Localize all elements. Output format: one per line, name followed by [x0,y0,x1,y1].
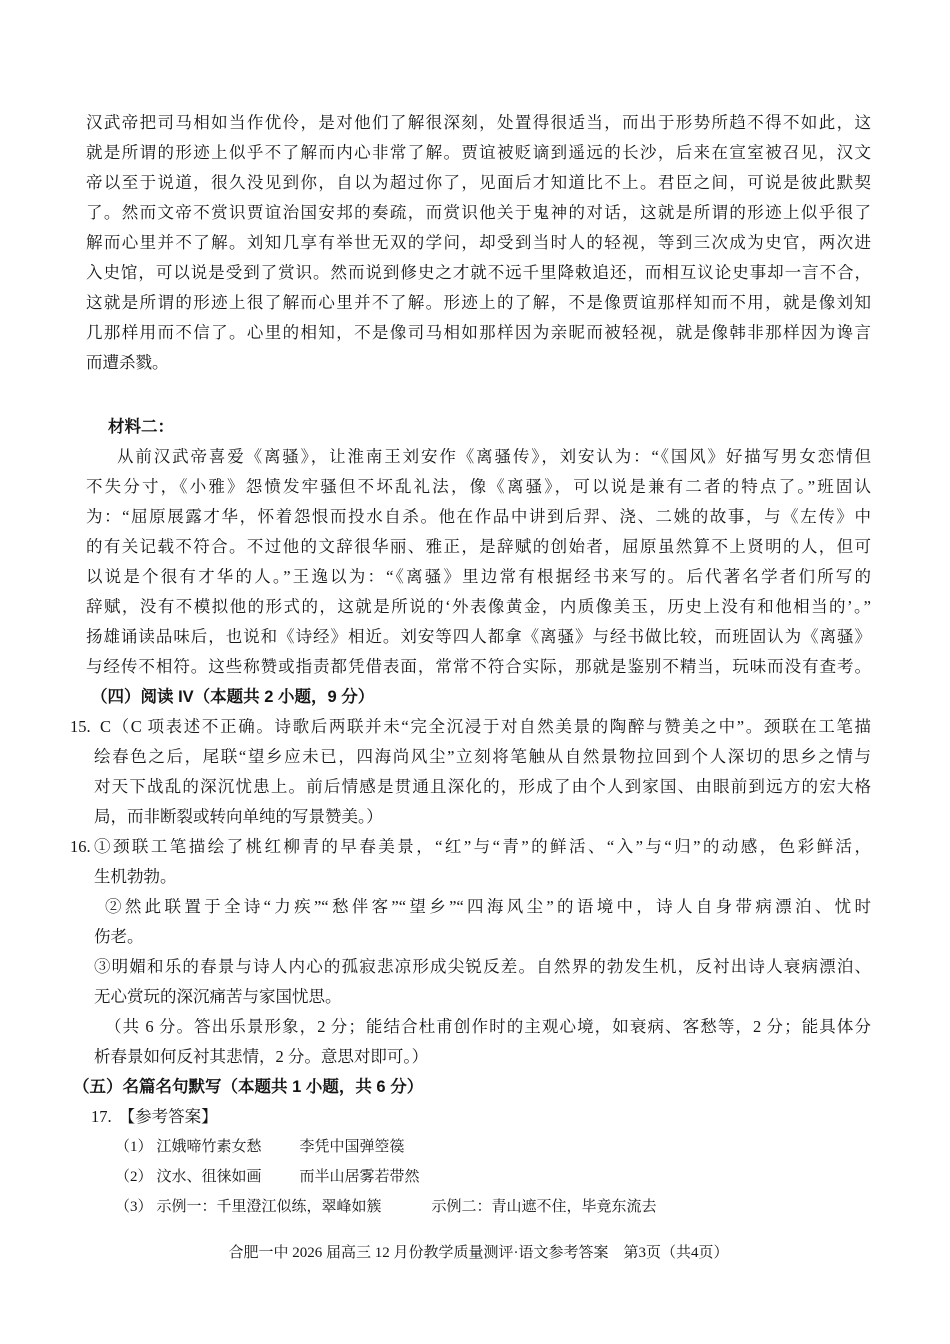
answer-item-left: 示例一：千里澄江似练，翠峰如簇 [157,1192,382,1222]
text-line: 无心赏玩的深沉痛苦与家国忧思。 [94,982,871,1012]
page-footer: 合肥一中 2026 届高三 12 月份教学质量测评·语文参考答案 第3页（共4页… [86,1238,871,1268]
answer-item-right: 示例二：青山遮不住，毕竟东流去 [432,1192,657,1222]
text-line: 几那样用而不信了。心里的相知，不是像司马相如那样因为亲昵而被轻视，就是像韩非那样… [86,318,871,348]
text-line: 伤老。 [94,922,871,952]
answer-item-row: （1） 江娥啼竹素女愁 李凭中国弹箜篌 [115,1132,871,1162]
question-16-number: 16. [70,832,94,862]
answer-item-left: 江娥啼竹素女愁 [157,1132,262,1162]
question-16-answer-block: 16. ①颈联工笔描绘了桃红柳青的早春美景，“红”与“青”的鲜活、“入”与“归”… [70,832,871,1072]
material2-translation-paragraph: 从前汉武帝喜爱《离骚》，让淮南王刘安作《离骚传》，刘安认为：“《国风》好描写男女… [86,442,871,682]
text-line: ①颈联工笔描绘了桃红柳青的早春美景，“红”与“青”的鲜活、“入”与“归”的动感，… [94,832,871,862]
text-line: 扬雄诵读品味后，也说和《诗经》相近。刘安等四人都拿《离骚》与经书做比较，而班固认… [86,622,871,652]
text-line: （共 6 分。答出乐景形象，2 分；能结合杜甫创作时的主观心境，如衰病、客愁等，… [94,1012,871,1042]
answer-item-row: （3） 示例一：千里澄江似练，翠峰如簇 示例二：青山遮不住，毕竟东流去 [115,1192,871,1222]
reference-answer-label: 【参考答案】 [119,1107,218,1126]
text-line: 帝以至于说道，很久没见到你，自以为超过你了，见面后才知道比不上。君臣之间，可说是… [86,168,871,198]
text-line: ②然此联置于全诗“力疾”“愁伴客”“望乡”“四海风尘”的语境中，诗人自身带病漂泊… [94,892,871,922]
text-line: 与经传不相符。这些称赞或指责都凭借表面，常常不符合实际，那就是鉴别不精当，玩味而… [86,652,871,682]
text-line: 汉武帝把司马相如当作优伶，是对他们了解很深刻，处置得很适当，而出于形势所趋不得不… [86,108,871,138]
text-line: 局，而非断裂或转向单纯的写景赞美。） [94,802,871,832]
text-line: 对天下战乱的深沉忧患上。前后情感是贯通且深化的，形成了由个人到家国、由眼前到远方… [94,772,871,802]
answer-item-right: 而半山居雾若带然 [300,1162,420,1192]
text-line: 解而心里并不了解。刘知几享有举世无双的学问，却受到当时人的轻视，等到三次成为史官… [86,228,871,258]
material1-translation-paragraph: 汉武帝把司马相如当作优伶，是对他们了解很深刻，处置得很适当，而出于形势所趋不得不… [86,108,871,378]
question-16-answer-text: ①颈联工笔描绘了桃红柳青的早春美景，“红”与“青”的鲜活、“入”与“归”的动感，… [94,832,871,1072]
text-line: 的有关记载不符合。不过他的文辞很华丽、雅正，是辞赋的创始者，屈原虽然算不上贤明的… [86,532,871,562]
answer-item-number: （1） [115,1132,153,1162]
question-15-answer-text: C（C 项表述不正确。诗歌后两联并未“完全沉浸于对自然美景的陶醉与赞美之中”。颈… [94,712,871,832]
text-line: 而遭杀戮。 [86,348,871,378]
question-17-answer-block: 17.【参考答案】 [91,1102,871,1132]
question-17-number: 17. [91,1107,112,1126]
text-line: 生机勃勃。 [94,862,871,892]
answer-item-number: （3） [115,1192,153,1222]
text-line: 从前汉武帝喜爱《离骚》，让淮南王刘安作《离骚传》，刘安认为：“《国风》好描写男女… [86,442,871,472]
text-line: 为：“屈原展露才华，怀着怨恨而投水自杀。他在作品中讲到后羿、浇、二姚的故事，与《… [86,502,871,532]
text-line: 就是所谓的形迹上似乎不了解而内心非常了解。贾谊被贬谪到遥远的长沙，后来在宣室被召… [86,138,871,168]
text-line: 绘春色之后，尾联“望乡应未已，四海尚风尘”立刻将笔触从自然景物拉回到个人深切的思… [94,742,871,772]
text-line: 析春景如何反衬其悲情，2 分。意思对即可。） [94,1042,871,1072]
answer-item-left: 汶水、徂徕如画 [157,1162,262,1192]
section5-heading: （五）名篇名句默写（本题共 1 小题，共 6 分） [73,1072,871,1102]
text-line: 了。然而文帝不赏识贾谊治国安邦的奏疏，而赏识他关于鬼神的对话，这就是所谓的形迹上… [86,198,871,228]
answer-item-number: （2） [115,1162,153,1192]
question-15-number: 15. [70,712,94,742]
text-line: 不失分寸，《小雅》怨愤发牢骚但不坏乱礼法，像《离骚》，可以说是兼有二者的特点了。… [86,472,871,502]
material2-heading: 材料二： [86,412,871,442]
exam-answer-page: 汉武帝把司马相如当作优伶，是对他们了解很深刻，处置得很适当，而出于形势所趋不得不… [0,0,950,1344]
text-line: 辞赋，没有不模拟他的形式的，这就是所说的‘外表像黄金，内质像美玉，历史上没有和他… [86,592,871,622]
answer-item-row: （2） 汶水、徂徕如画 而半山居雾若带然 [115,1162,871,1192]
text-line: 入史馆，可以说是受到了赏识。然而说到修史之才就不远千里降敕追还，而相互议论史事却… [86,258,871,288]
text-line: ③明媚和乐的春景与诗人内心的孤寂悲凉形成尖锐反差。自然界的勃发生机，反衬出诗人衰… [94,952,871,982]
section4-heading: （四）阅读 IV（本题共 2 小题，9 分） [91,682,871,712]
text-line: 以说是个很有才华的人。”王逸以为：“《离骚》里边常有根据经书来写的。后代著名学者… [86,562,871,592]
text-line: C（C 项表述不正确。诗歌后两联并未“完全沉浸于对自然美景的陶醉与赞美之中”。颈… [94,712,871,742]
question-15-answer-block: 15. C（C 项表述不正确。诗歌后两联并未“完全沉浸于对自然美景的陶醉与赞美之… [70,712,871,832]
answer-item-right: 李凭中国弹箜篌 [300,1132,405,1162]
text-line: 这就是所谓的形迹上很了解而心里并不了解。形迹上的了解，不是像贾谊那样知而不用，就… [86,288,871,318]
dictation-answers: （1） 江娥啼竹素女愁 李凭中国弹箜篌 （2） 汶水、徂徕如画 而半山居雾若带然… [86,1132,871,1222]
